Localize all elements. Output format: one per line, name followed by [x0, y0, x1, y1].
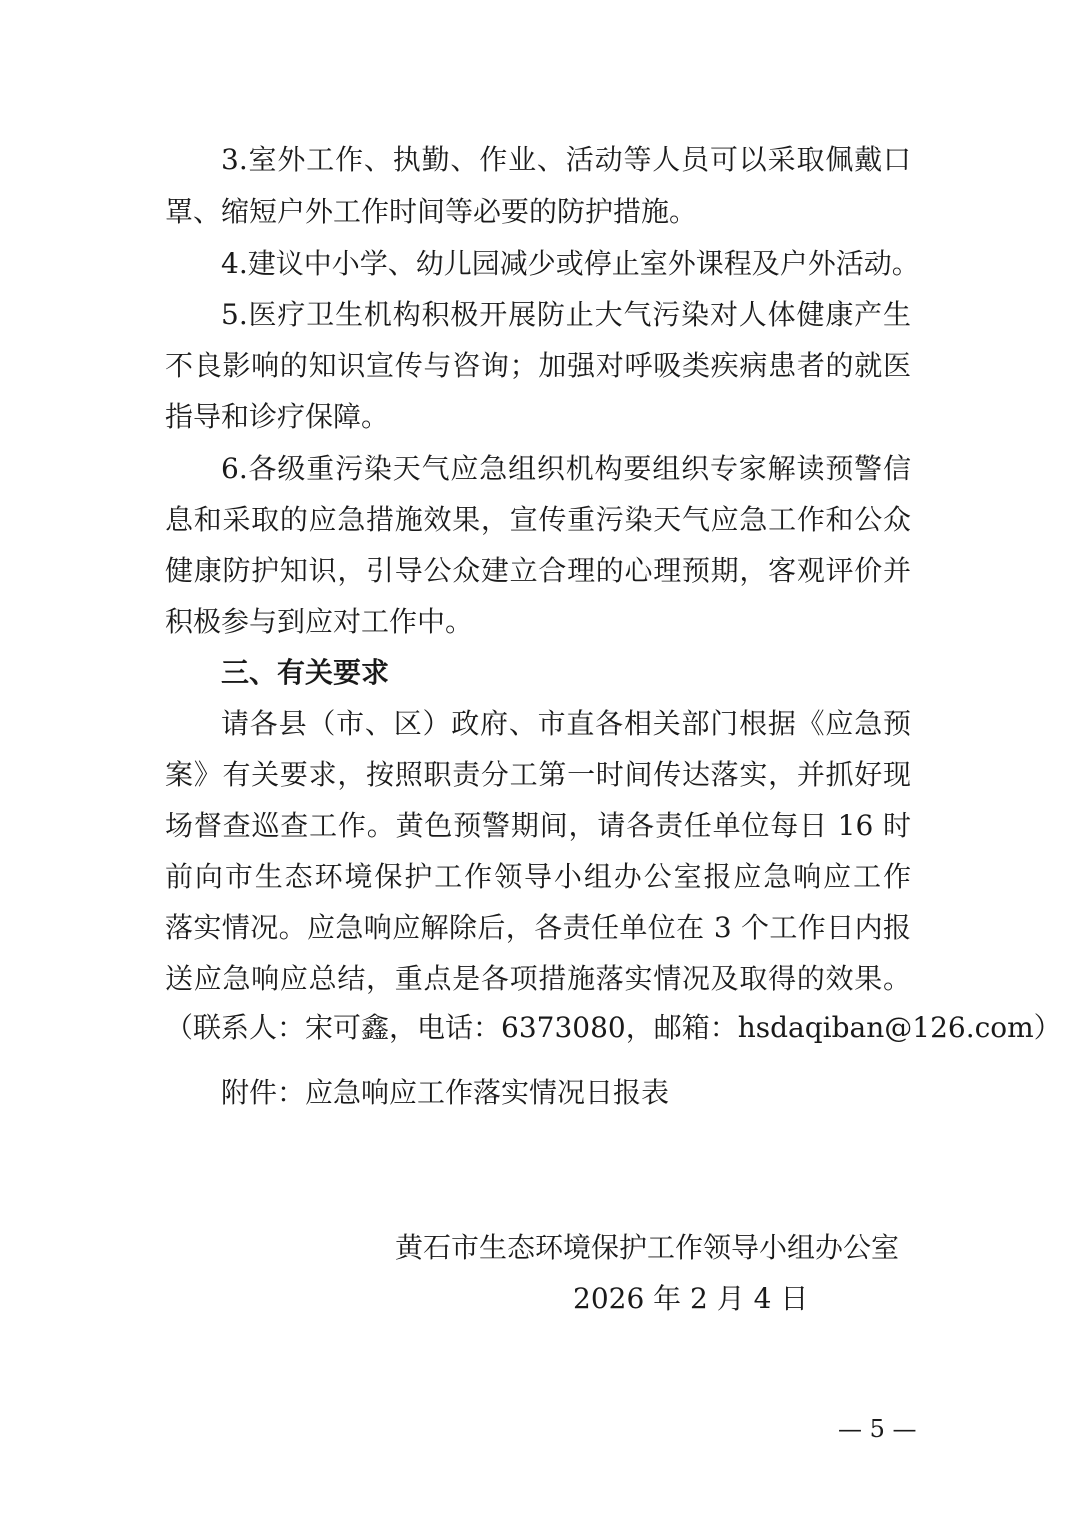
- section-heading: 三、有关要求: [221, 655, 911, 691]
- requirements-line-1: 请各县（市、区）政府、市直各相关部门根据《应急预: [221, 706, 911, 742]
- item-6-line-3: 健康防护知识，引导公众建立合理的心理预期，客观评价并: [165, 553, 911, 589]
- item-6-line-1: 6.各级重污染天气应急组织机构要组织专家解读预警信: [221, 451, 911, 487]
- item-6-line-2: 息和采取的应急措施效果，宣传重污染天气应急工作和公众: [165, 502, 911, 538]
- page-number: — 5 —: [838, 1414, 917, 1444]
- requirements-line-6: 送应急响应总结，重点是各项措施落实情况及取得的效果。: [165, 961, 911, 997]
- item-3-line-1: 3.室外工作、执勤、作业、活动等人员可以采取佩戴口: [221, 142, 911, 178]
- requirements-line-4: 前向市生态环境保护工作领导小组办公室报应急响应工作: [165, 859, 911, 895]
- requirements-line-5: 落实情况。应急响应解除后，各责任单位在 3 个工作日内报: [165, 910, 911, 946]
- requirements-line-2: 案》有关要求，按照职责分工第一时间传达落实，并抓好现: [165, 757, 911, 793]
- item-4-line-1: 4.建议中小学、幼儿园减少或停止室外课程及户外活动。: [221, 246, 911, 282]
- item-5-line-2: 不良影响的知识宣传与咨询；加强对呼吸类疾病患者的就医: [165, 348, 911, 384]
- requirements-line-3: 场督查巡查工作。黄色预警期间，请各责任单位每日 16 时: [165, 808, 911, 844]
- signature-date: 2026 年 2 月 4 日: [573, 1281, 808, 1317]
- item-5-line-3: 指导和诊疗保障。: [165, 399, 911, 435]
- signature-organization: 黄石市生态环境保护工作领导小组办公室: [395, 1230, 899, 1266]
- item-3-line-2: 罩、缩短户外工作时间等必要的防护措施。: [165, 194, 911, 230]
- contact-line: （联系人：宋可鑫，电话：6373080，邮箱：hsdaqiban@126.com…: [165, 1010, 911, 1046]
- item-5-line-1: 5.医疗卫生机构积极开展防止大气污染对人体健康产生: [221, 297, 911, 333]
- attachment-line: 附件：应急响应工作落实情况日报表: [221, 1075, 911, 1111]
- item-6-line-4: 积极参与到应对工作中。: [165, 604, 911, 640]
- document-page: 3.室外工作、执勤、作业、活动等人员可以采取佩戴口 罩、缩短户外工作时间等必要的…: [0, 0, 1074, 1520]
